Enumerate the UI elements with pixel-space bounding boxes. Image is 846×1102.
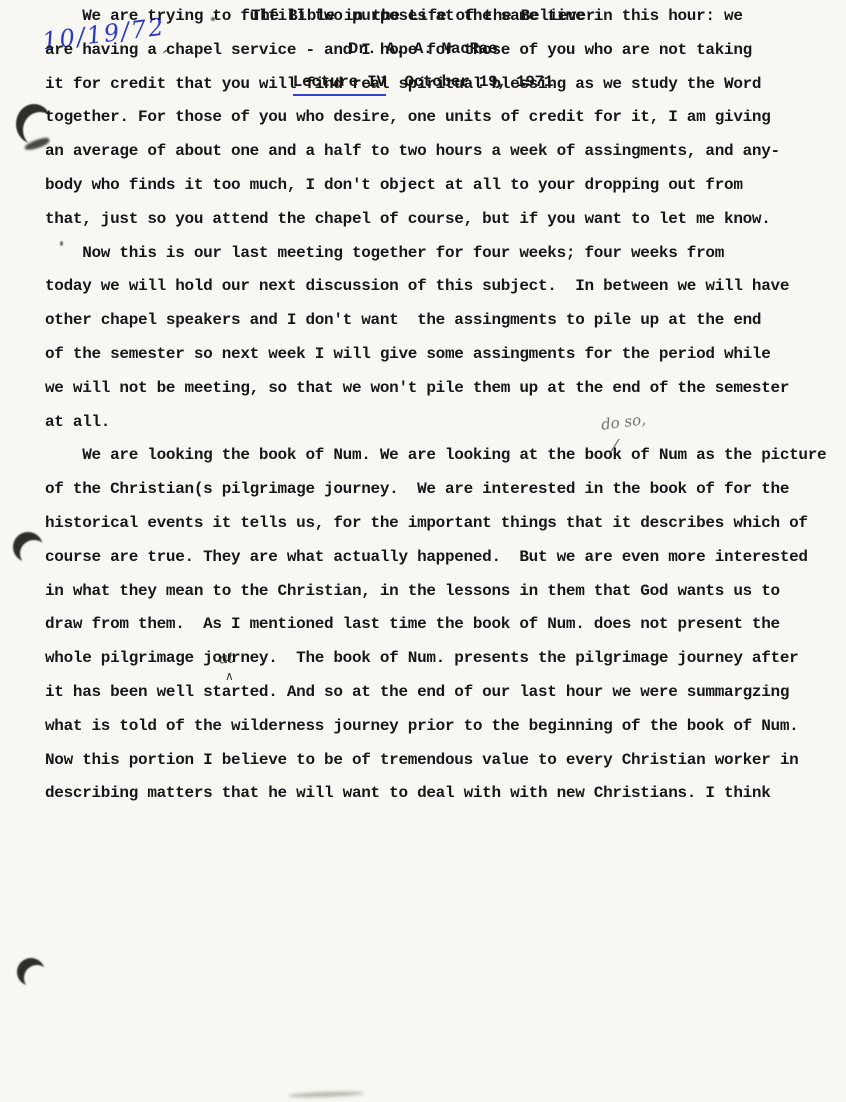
- body-line: Now this portion I believe to be of trem…: [45, 744, 835, 778]
- body-line: it for credit that you will find real sp…: [45, 68, 835, 102]
- body-line: course are true. They are what actually …: [45, 541, 835, 575]
- body-line: we will not be meeting, so that we won't…: [45, 372, 835, 406]
- body-line: that, just so you attend the chapel of c…: [45, 203, 835, 237]
- hole-punch-mark-middle: [13, 532, 43, 562]
- body-line: We are trying to fulfill two purposes at…: [45, 0, 835, 34]
- body-line: historical events it tells us, for the i…: [45, 507, 835, 541]
- body-line: We are looking the book of Num. We are l…: [45, 439, 835, 473]
- body-line: other chapel speakers and I don't want t…: [45, 304, 835, 338]
- body-line: are having a chapel service - and I hope…: [45, 34, 835, 68]
- body-line: today we will hold our next discussion o…: [45, 270, 835, 304]
- body-line: in what they mean to the Christian, in t…: [45, 575, 835, 609]
- body-line: describing matters that he will want to …: [45, 777, 835, 811]
- body-line: whole pilgrimage journey. The book of Nu…: [45, 642, 835, 676]
- hole-punch-highlight: [24, 965, 50, 991]
- body-line: an average of about one and a half to tw…: [45, 135, 835, 169]
- body-line: of the Christian(s pilgrimage journey. W…: [45, 473, 835, 507]
- body-line: of the semester so next week I will give…: [45, 338, 835, 372]
- body-line: Now this is our last meeting together fo…: [45, 237, 835, 271]
- hole-punch-mark-bottom: [17, 958, 45, 986]
- bottom-edge-smudge: [288, 1091, 364, 1099]
- lecture-body: We are trying to fulfill two purposes at…: [45, 0, 835, 811]
- body-line: at all.: [45, 406, 835, 440]
- body-line: it has been well started. And so at the …: [45, 676, 835, 710]
- body-line: together. For those of you who desire, o…: [45, 101, 835, 135]
- body-line: draw from them. As I mentioned last time…: [45, 608, 835, 642]
- handwritten-insertion-at: at: [218, 648, 234, 667]
- insertion-caret-mark: ∧: [225, 669, 234, 683]
- hole-punch-highlight: [20, 540, 48, 567]
- body-line: body who finds it too much, I don't obje…: [45, 169, 835, 203]
- scanned-lecture-page: 10/19/72 ’ The Bible in the Life of the …: [0, 0, 846, 1102]
- body-line: what is told of the wilderness journey p…: [45, 710, 835, 744]
